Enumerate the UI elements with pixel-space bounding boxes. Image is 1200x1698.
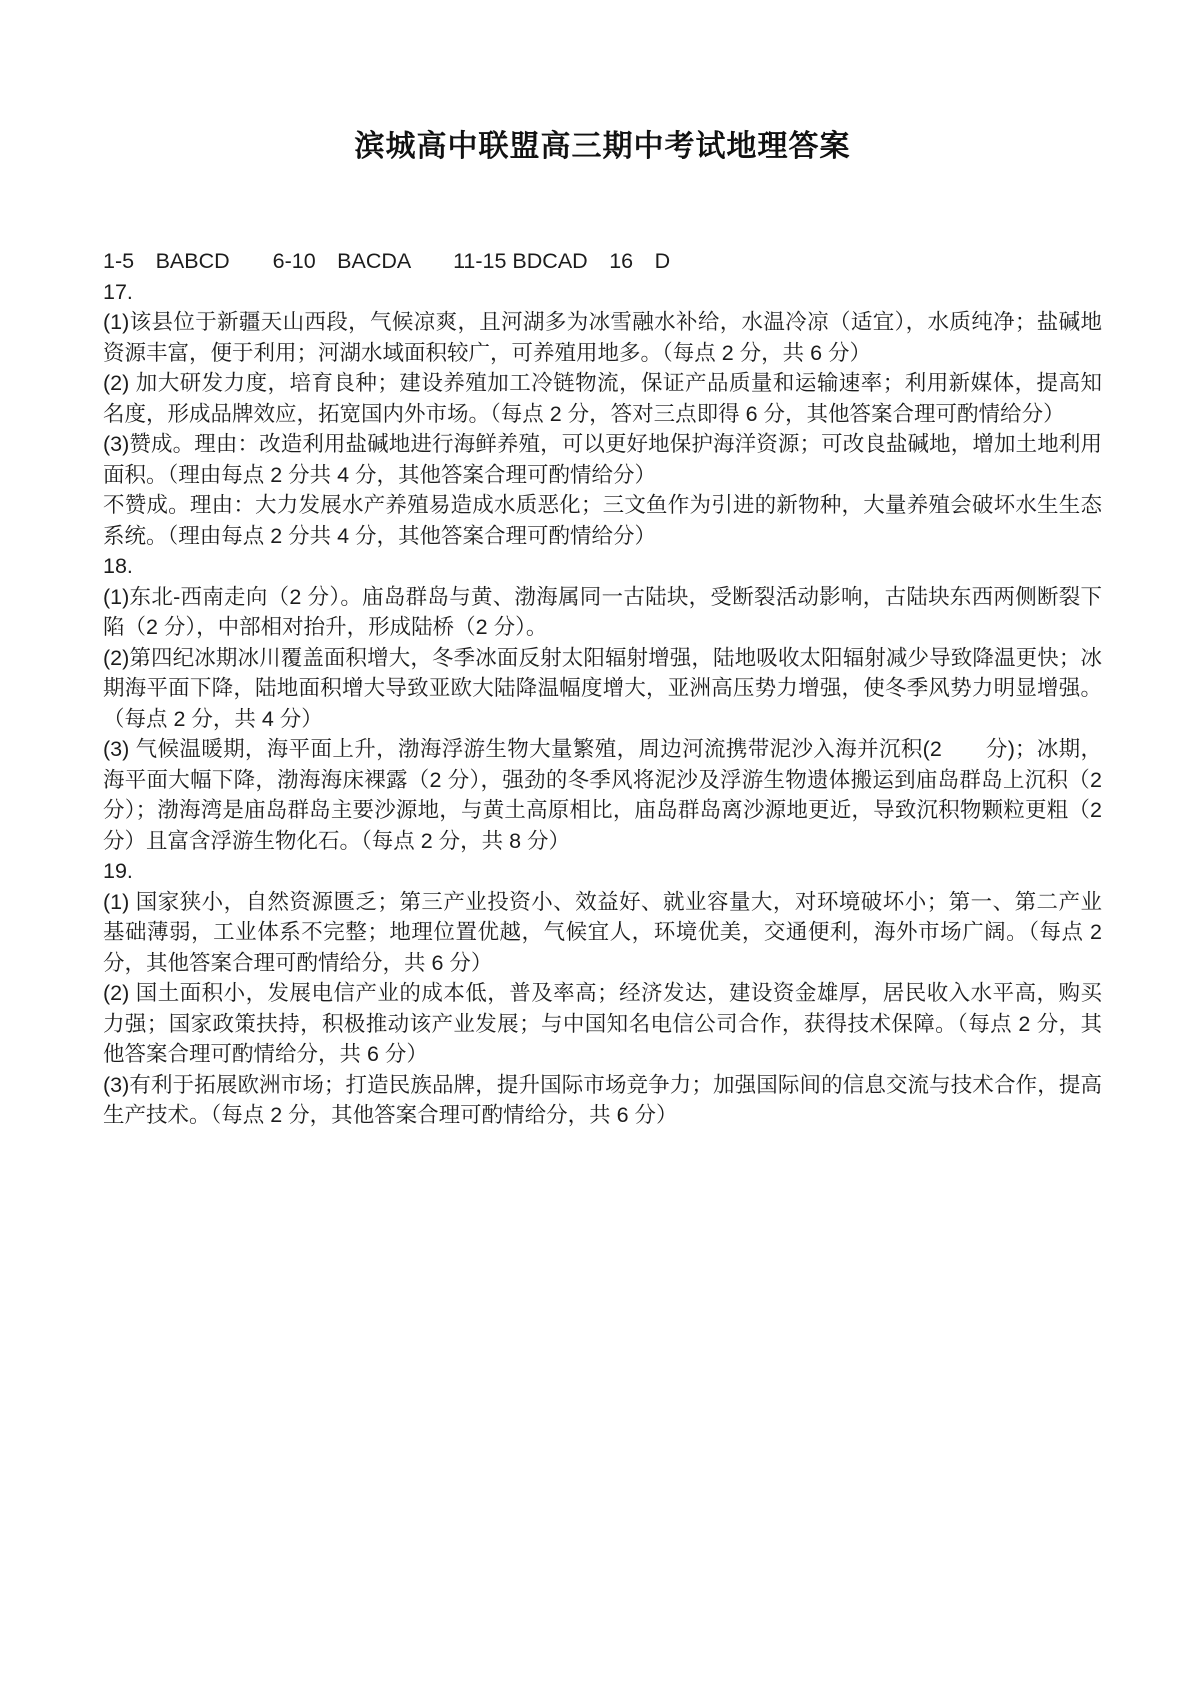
answers-body: 1-5 BABCD 6-10 BACDA 11-15 BDCAD 16 D 17…: [103, 246, 1102, 1131]
answer-paragraph-18-1: (1)东北-西南走向（2 分）。庙岛群岛与黄、渤海属同一古陆块，受断裂活动影响，…: [103, 582, 1102, 643]
answer-paragraph-19-1: (1) 国家狭小，自然资源匮乏；第三产业投资小、效益好、就业容量大，对环境破坏小…: [103, 887, 1102, 979]
page-title: 滨城高中联盟高三期中考试地理答案: [103, 128, 1102, 166]
choice-answers-line: 1-5 BABCD 6-10 BACDA 11-15 BDCAD 16 D: [103, 246, 1102, 277]
answer-sheet-page: 滨城高中联盟高三期中考试地理答案 1-5 BABCD 6-10 BACDA 11…: [0, 0, 1200, 1698]
answer-paragraph-19-2: (2) 国土面积小，发展电信产业的成本低，普及率高；经济发达，建设资金雄厚，居民…: [103, 978, 1102, 1070]
answer-paragraph-18-3: (3) 气候温暖期，海平面上升，渤海浮游生物大量繁殖，周边河流携带泥沙入海并沉积…: [103, 734, 1102, 856]
answer-paragraph-17-2: (2) 加大研发力度，培育良种；建设养殖加工冷链物流，保证产品质量和运输速率；利…: [103, 368, 1102, 429]
answer-paragraph-17-3-agree: (3)赞成。理由：改造利用盐碱地进行海鲜养殖，可以更好地保护海洋资源；可改良盐碱…: [103, 429, 1102, 490]
question-18-label: 18.: [103, 551, 1102, 582]
answer-paragraph-17-3-disagree: 不赞成。理由：大力发展水产养殖易造成水质恶化；三文鱼作为引进的新物种，大量养殖会…: [103, 490, 1102, 551]
answer-paragraph-17-1: (1)该县位于新疆天山西段，气候凉爽，且河湖多为冰雪融水补给，水温冷凉（适宜），…: [103, 307, 1102, 368]
question-19-label: 19.: [103, 856, 1102, 887]
question-17-label: 17.: [103, 277, 1102, 308]
answer-paragraph-19-3: (3)有利于拓展欧洲市场；打造民族品牌，提升国际市场竞争力；加强国际间的信息交流…: [103, 1070, 1102, 1131]
answer-paragraph-18-2: (2)第四纪冰期冰川覆盖面积增大，冬季冰面反射太阳辐射增强，陆地吸收太阳辐射减少…: [103, 643, 1102, 735]
